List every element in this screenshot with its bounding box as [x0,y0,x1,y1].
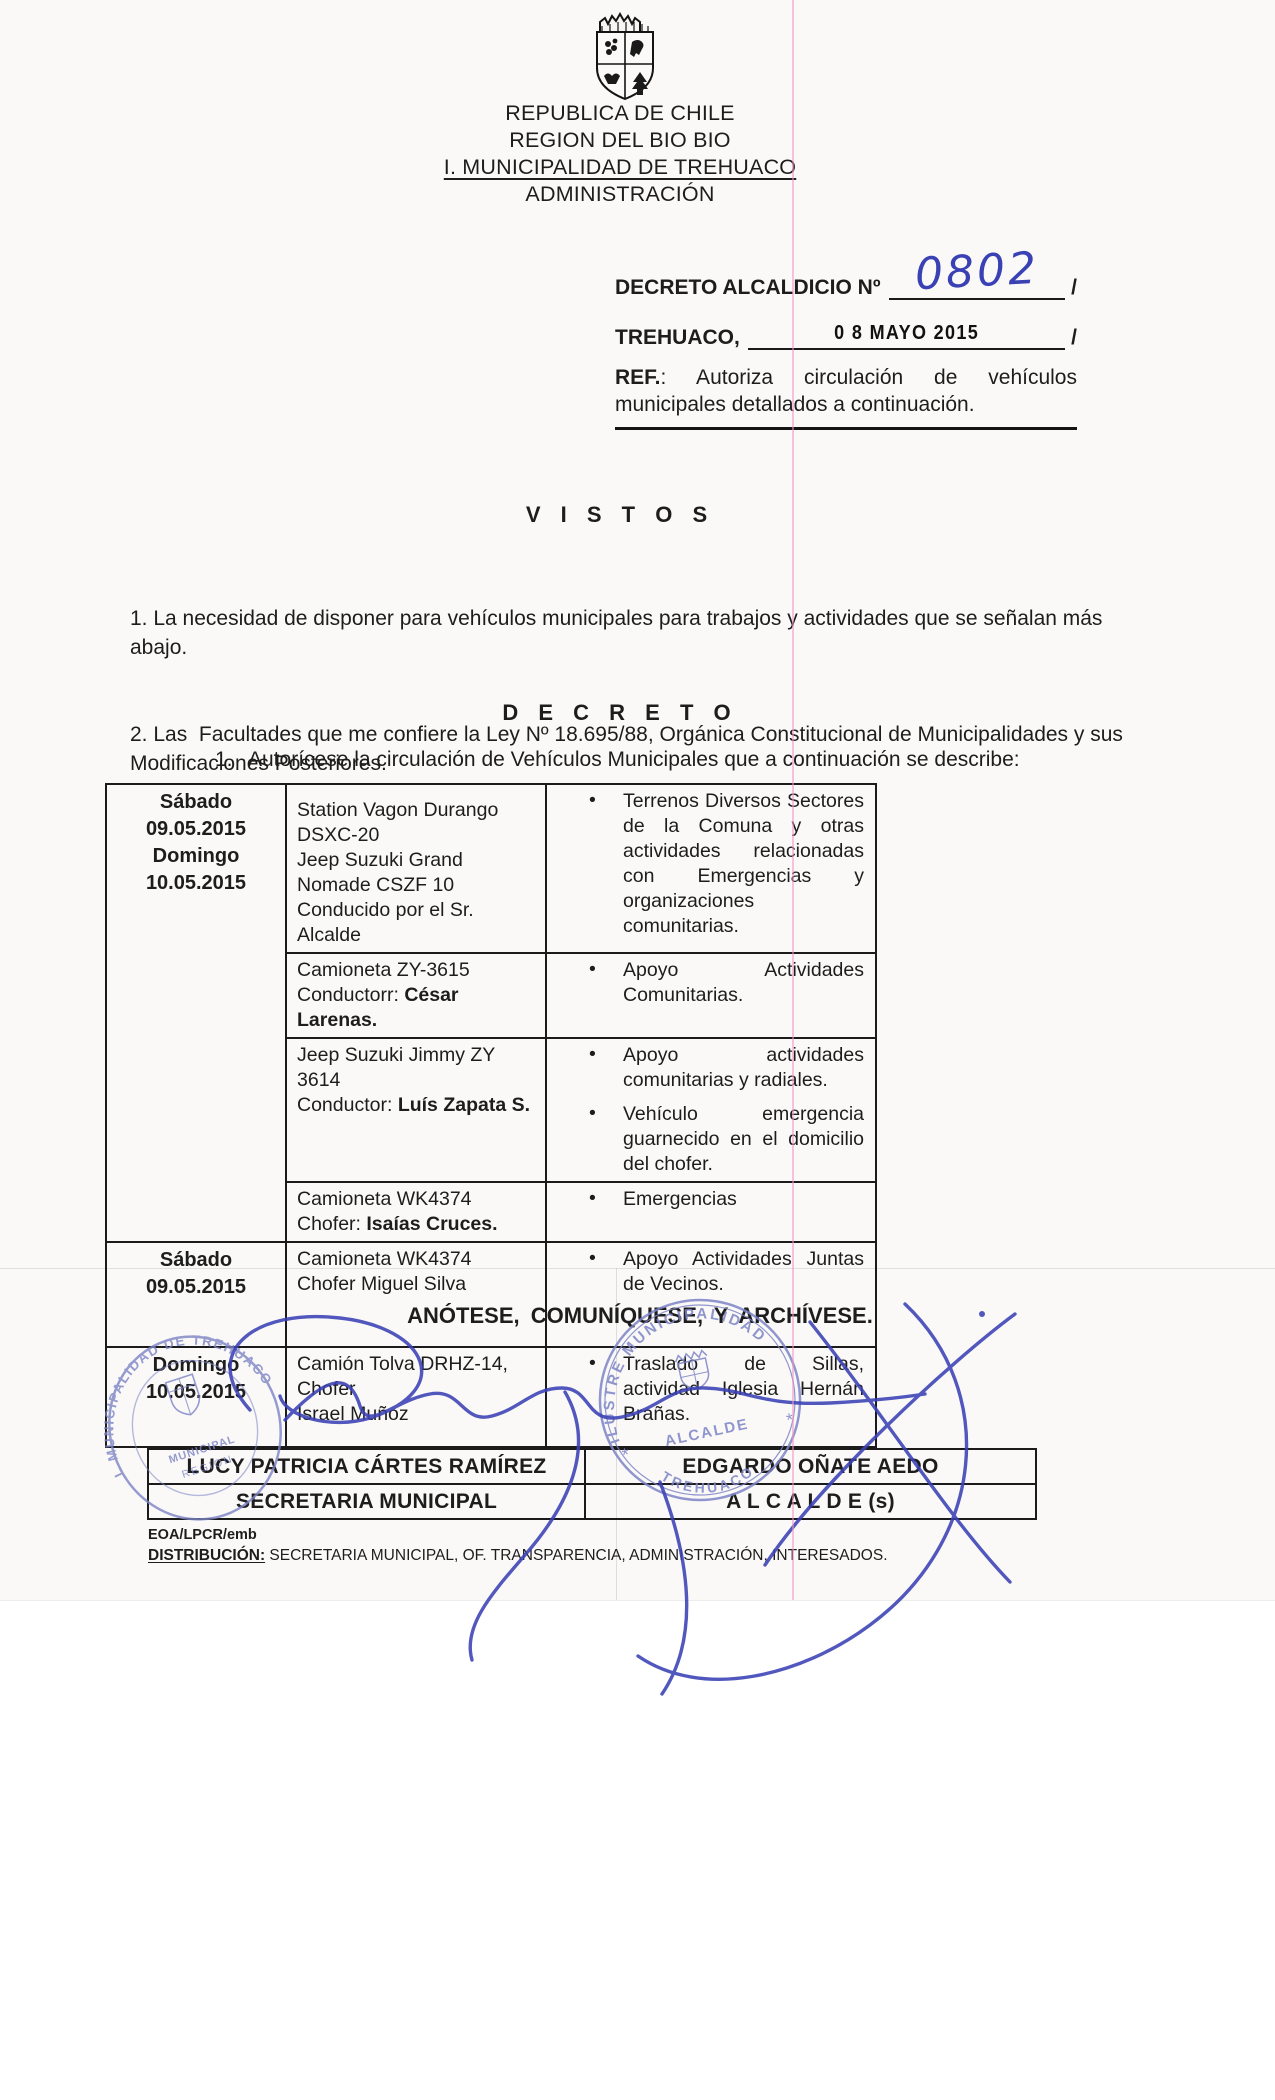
scan-edge-line [0,1600,1275,1601]
table-row: Domingo 10.05.2015 Camión Tolva DRHZ-14,… [106,1347,876,1447]
municipal-coat-of-arms-icon [588,6,662,106]
vehicle-cell: Camioneta WK4374 Chofer: Isaías Cruces. [286,1182,546,1242]
letterhead: REPUBLICA DE CHILE REGION DEL BIO BIO I.… [320,100,920,208]
vehicle-cell: Camioneta ZY-3615 Conductorr: César Lare… [286,953,546,1038]
letterhead-country: REPUBLICA DE CHILE [320,100,920,127]
secretaria-name: LUCY PATRICIA CÁRTES RAMÍREZ [148,1449,585,1484]
bullet-icon: • [589,1186,596,1211]
decree-heading-block: DECRETO ALCALDICIO Nº 0802 / TREHUACO, 0… [615,264,1077,430]
letterhead-department: ADMINISTRACIÓN [320,181,920,208]
table-row: Sábado 09.05.2015 Domingo 10.05.2015 Sta… [106,784,876,953]
purpose-cell: •Apoyo Actividades Comunitarias. [546,953,876,1038]
document-footer: EOA/LPCR/emb DISTRIBUCIÓN: SECRETARIA MU… [148,1527,888,1565]
decree-city-label: TREHUACO, [615,326,740,350]
table-row: Sábado 09.05.2015 Camioneta WK4374 Chofe… [106,1242,876,1347]
decree-number-slash: / [1071,276,1077,300]
purpose-cell: •Emergencias [546,1182,876,1242]
vehicle-cell: Jeep Suzuki Jimmy ZY 3614 Conductor: Luí… [286,1038,546,1182]
decree-date-line: 0 8 MAYO 2015 [748,312,1065,350]
vehicle-cell: Camión Tolva DRHZ-14, Chofer Israel Muño… [286,1347,546,1447]
date-cell-row5: Sábado 09.05.2015 [106,1242,286,1347]
closing-formula: ANÓTESE, COMUNÍQUESE, Y ARCHÍVESE. [130,1303,1150,1329]
stamped-date: 0 8 MAYO 2015 [764,322,1050,345]
distribution-line: DISTRIBUCIÓN: SECRETARIA MUNICIPAL, OF. … [148,1547,888,1565]
decree-date-row: TREHUACO, 0 8 MAYO 2015 / [615,314,1077,350]
scan-artifact-pink-line [792,0,794,1600]
decree-number-label: DECRETO ALCALDICIO Nº [615,276,881,300]
signature-table: LUCY PATRICIA CÁRTES RAMÍREZ EDGARDO OÑA… [147,1448,1037,1520]
date-cell-row6: Domingo 10.05.2015 [106,1347,286,1447]
decree-reference: REF.: Autoriza circulación de vehículos … [615,364,1077,430]
vistos-title: V I S T O S [120,502,1120,528]
decree-number-row: DECRETO ALCALDICIO Nº 0802 / [615,264,1077,300]
alcalde-title: A L C A L D E (s) [585,1484,1036,1519]
bullet-icon: • [589,1042,596,1067]
date-line: Domingo 10.05.2015 [117,843,275,897]
decree-number-line: 0802 [889,262,1066,300]
secretaria-title: SECRETARIA MUNICIPAL [148,1484,585,1519]
distribution-text: SECRETARIA MUNICIPAL, OF. TRANSPARENCIA,… [265,1547,887,1564]
decreto-title: D E C R E T O [120,700,1120,726]
bullet-icon: • [589,1351,596,1376]
distribution-label: DISTRIBUCIÓN: [148,1547,265,1564]
scanned-decree-document: REPUBLICA DE CHILE REGION DEL BIO BIO I.… [0,0,1275,2100]
vehicle-cell: Station Vagon Durango DSXC-20 Jeep Suzuk… [286,784,546,953]
vistos-item-1: 1. La necesidad de disponer para vehícul… [130,604,1152,662]
decreto-item-number: 1. [215,748,248,772]
vehicle-authorization-table: Sábado 09.05.2015 Domingo 10.05.2015 Sta… [105,783,877,1448]
decreto-item-1: 1. Autorícese la circulación de Vehículo… [215,748,1055,772]
alcalde-name: EDGARDO OÑATE AEDO [585,1449,1036,1484]
purpose-cell: •Apoyo Actividades Juntas de Vecinos. [546,1242,876,1347]
bullet-icon: • [589,1101,596,1126]
purpose-cell: •Traslado de Sillas, actividad Iglesia H… [546,1347,876,1447]
date-cell-group1: Sábado 09.05.2015 Domingo 10.05.2015 [106,784,286,1242]
decreto-item-text: Autorícese la circulación de Vehículos M… [248,748,1020,772]
purpose-cell: •Terrenos Diversos Sectores de la Comuna… [546,784,876,953]
handwritten-decree-number: 0802 [914,243,1040,300]
bullet-icon: • [589,1246,596,1271]
purpose-cell: •Apoyo actividades comunitarias y radial… [546,1038,876,1182]
letterhead-region: REGION DEL BIO BIO [320,127,920,154]
ref-text: : Autoriza circulación de vehículos muni… [615,366,1077,416]
decree-date-slash: / [1071,326,1077,350]
date-line: Sábado 09.05.2015 [117,789,275,843]
bullet-icon: • [589,788,596,813]
ref-label: REF. [615,366,661,389]
letterhead-municipality: I. MUNICIPALIDAD DE TREHUACO [320,154,920,181]
vehicle-cell: Camioneta WK4374 Chofer Miguel Silva [286,1242,546,1347]
drafting-initials: EOA/LPCR/emb [148,1527,888,1543]
bullet-icon: • [589,957,596,982]
